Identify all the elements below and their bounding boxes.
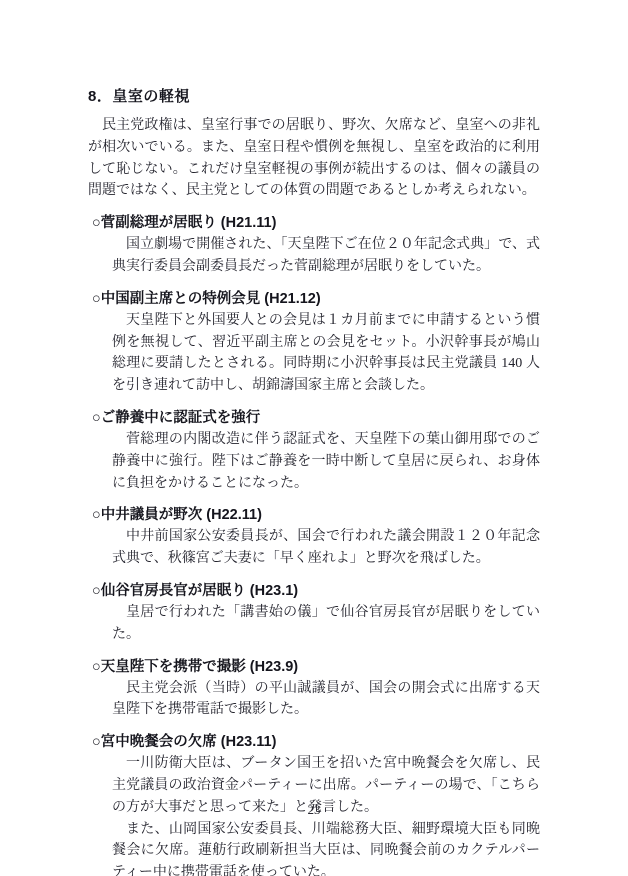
incident-body: 中井前国家公安委員長が、国会で行われた議会開設１２０年記念式典で、秋篠宮ご夫妻に… <box>112 526 540 570</box>
incident-heading: ○天皇陛下を携帯で撮影 (H23.9) <box>92 656 540 678</box>
incident-heading: ○中国副主席との特例会見 (H21.12) <box>92 288 540 310</box>
incident-body: 民主党会派（当時）の平山誠議員が、国会の開会式に出席する天皇陛下を携帯電話で撮影… <box>112 678 540 722</box>
incident-heading: ○仙谷官房長官が居眠り (H23.1) <box>92 580 540 602</box>
incident-body: 菅総理の内閣改造に伴う認証式を、天皇陛下の葉山御用邸でのご静養中に強行。陛下はご… <box>112 429 540 494</box>
intro-paragraph: 民主党政権は、皇室行事での居眠り、野次、欠席など、皇室への非礼が相次いでいる。ま… <box>88 115 540 202</box>
incident-body: 天皇陛下と外国要人との会見は１カ月前までに申請するという慣例を無視して、習近平副… <box>112 310 540 397</box>
incident-section-attestation-ceremony: ○ご静養中に認証式を強行 菅総理の内閣改造に伴う認証式を、天皇陛下の葉山御用邸で… <box>88 407 540 494</box>
incident-body: 皇居で行われた「講書始の儀」で仙谷官房長官が居眠りをしていた。 <box>112 602 540 646</box>
incident-section-sengoku-dozing: ○仙谷官房長官が居眠り (H23.1) 皇居で行われた「講書始の儀」で仙谷官房長… <box>88 580 540 646</box>
document-page: 8．皇室の軽視 民主党政権は、皇室行事での居眠り、野次、欠席など、皇室への非礼が… <box>0 0 628 876</box>
incident-heading: ○宮中晩餐会の欠席 (H23.11) <box>92 731 540 753</box>
incident-heading: ○中井議員が野次 (H22.11) <box>92 504 540 526</box>
incident-section-kan-dozing: ○菅副総理が居眠り (H21.11) 国立劇場で開催された、「天皇陛下ご在位２０… <box>88 212 540 278</box>
incident-heading: ○菅副総理が居眠り (H21.11) <box>92 212 540 234</box>
incident-section-china-vp-meeting: ○中国副主席との特例会見 (H21.12) 天皇陛下と外国要人との会見は１カ月前… <box>88 288 540 397</box>
incident-section-nakai-heckling: ○中井議員が野次 (H22.11) 中井前国家公安委員長が、国会で行われた議会開… <box>88 504 540 570</box>
incident-body: 国立劇場で開催された、「天皇陛下ご在位２０年記念式典」で、式典実行委員会副委員長… <box>112 234 540 278</box>
incident-heading: ○ご静養中に認証式を強行 <box>92 407 540 429</box>
page-title: 8．皇室の軽視 <box>88 88 540 106</box>
page-number: 23 <box>0 802 628 818</box>
incident-body: また、山岡国家公安委員長、川端総務大臣、細野環境大臣も同晩餐会に欠席。蓮舫行政刷… <box>112 819 540 876</box>
incident-section-phone-photo: ○天皇陛下を携帯で撮影 (H23.9) 民主党会派（当時）の平山誠議員が、国会の… <box>88 656 540 722</box>
